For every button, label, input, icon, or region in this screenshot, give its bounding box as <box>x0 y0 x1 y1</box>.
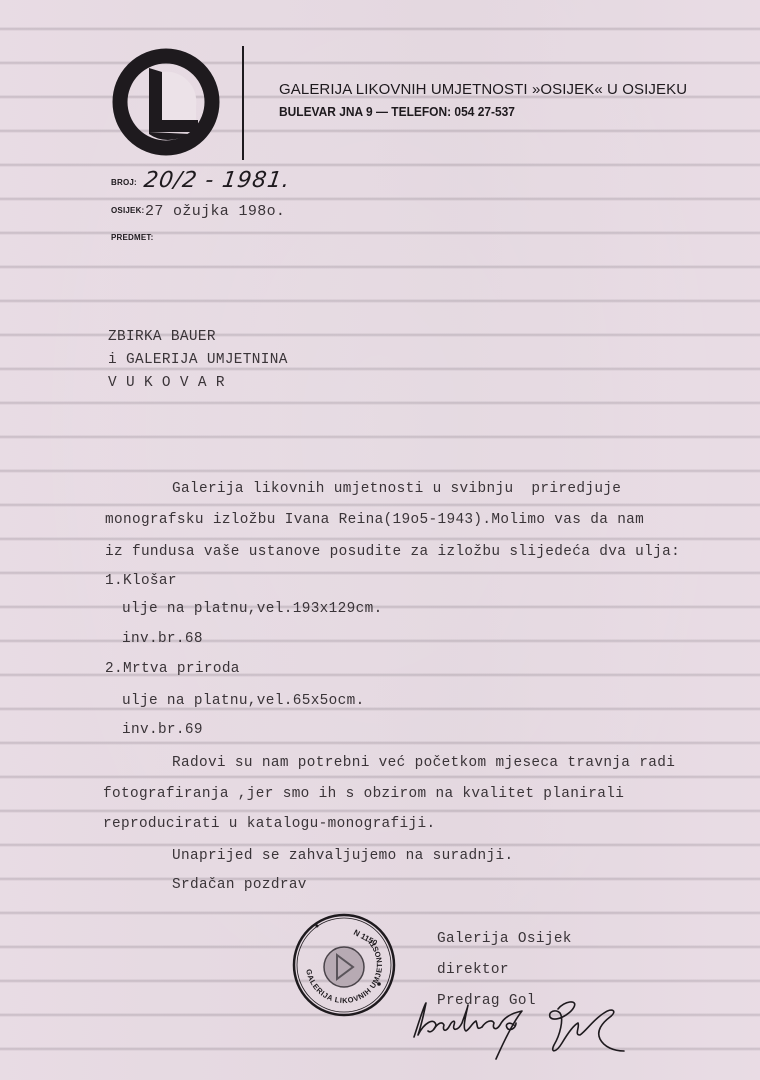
artwork-inventory: inv.br.69 <box>122 722 203 738</box>
artwork-medium: ulje na platnu,vel.65x5ocm. <box>122 693 365 709</box>
letter-date: 27 ožujka 198o. <box>145 203 285 220</box>
reference-number-label: BROJ: <box>111 178 137 187</box>
body-intro-line: Galerija likovnih umjetnosti u svibnju p… <box>172 481 621 497</box>
organization-name: GALERIJA LIKOVNIH UMJETNOSTI »OSIJEK« U … <box>279 81 687 98</box>
letterhead-divider <box>242 46 244 160</box>
body-intro-line: monografsku izložbu Ivana Reina(19o5-194… <box>105 512 644 528</box>
subject-label: PREDMET: <box>111 233 154 242</box>
handwritten-signature-icon <box>404 995 644 1065</box>
artwork-title: 2.Mrtva priroda <box>105 661 240 677</box>
recipient-city: V U K O V A R <box>108 375 225 391</box>
svg-text:N 1150: N 1150 <box>352 928 379 948</box>
signatory-title: direktor <box>437 962 509 978</box>
organization-address: BULEVAR JNA 9 — TELEFON: 054 27-537 <box>279 104 515 119</box>
artwork-medium: ulje na platnu,vel.193x129cm. <box>122 601 383 617</box>
place-label: OSIJEK: <box>111 206 144 215</box>
body-intro-line: iz fundusa vaše ustanove posudite za izl… <box>105 544 680 560</box>
recipient-line: ZBIRKA BAUER <box>108 329 216 345</box>
gallery-logo-icon <box>112 48 220 156</box>
artwork-title: 1.Klošar <box>105 573 177 589</box>
body-request-line: fotografiranja ,jer smo ih s obzirom na … <box>103 786 624 802</box>
artwork-inventory: inv.br.68 <box>122 631 203 647</box>
body-request-line: reproducirati u katalogu-monografiji. <box>103 816 435 832</box>
recipient-line: i GALERIJA UMJETNINA <box>108 352 288 368</box>
official-stamp-icon: GALERIJA LIKOVNIH UMJETNOSTI N 1150 <box>291 912 397 1018</box>
closing-line: Srdačan pozdrav <box>172 877 307 893</box>
signatory-institution: Galerija Osijek <box>437 931 572 947</box>
thanks-line: Unaprijed se zahvaljujemo na suradnji. <box>172 848 513 864</box>
body-request-line: Radovi su nam potrebni već početkom mjes… <box>172 755 675 771</box>
reference-number-value: 20/2 - 1981. <box>142 168 292 193</box>
